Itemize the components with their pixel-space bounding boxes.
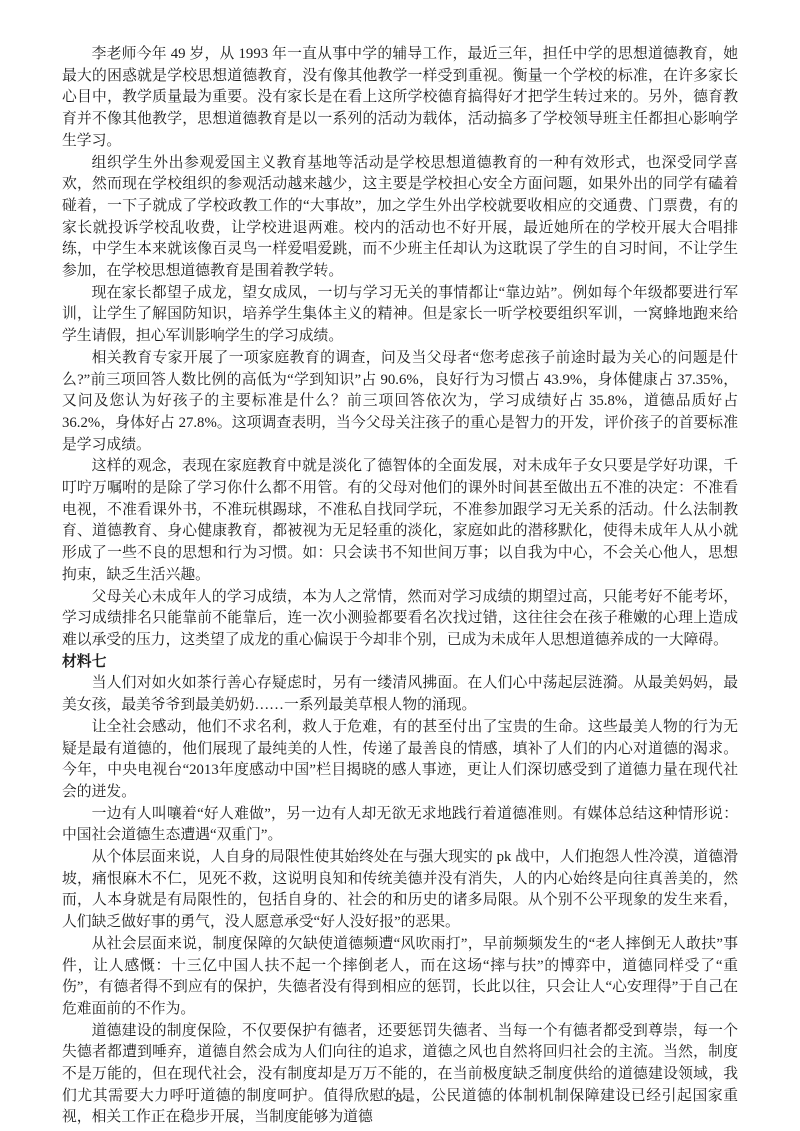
page-number: - 3 - (0, 1090, 800, 1106)
paragraph-10: 从个体层面来说，人自身的局限性使其始终处在与强大现实的 pk 战中，人们抱怨人性… (62, 847, 738, 934)
paragraph-4: 相关教育专家开展了一项家庭教育的调查，问及当父母者“您考虑孩子前途时最为关心的问… (62, 348, 738, 457)
document-page: 李老师今年 49 岁，从 1993 年一直从事中学的辅导工作，最近三年，担任中学… (0, 0, 800, 1131)
paragraph-8: 让全社会感动，他们不求名利，救人于危难，有的甚至付出了宝贵的生命。这些最美人物的… (62, 717, 738, 804)
paragraph-2: 组织学生外出参观爱国主义教育基地等活动是学校思想道德教育的一种有效形式，也深受同… (62, 153, 738, 283)
section-heading-material-7: 材料七 (62, 652, 738, 674)
paragraph-11: 从社会层面来说，制度保障的欠缺使道德频遭“风吹雨打”，早前频频发生的“老人摔倒无… (62, 934, 738, 1021)
paragraph-5: 这样的观念，表现在家庭教育中就是淡化了德智体的全面发展，对未成年子女只要是学好功… (62, 456, 738, 586)
paragraph-12: 道德建设的制度保险，不仅要保护有德者，还要惩罚失德者、当每一个有德者都受到尊崇，… (62, 1021, 738, 1130)
paragraph-9: 一边有人叫嚷着“好人难做”，另一边有人却无欲无求地践行着道德准则。有媒体总结这种… (62, 804, 738, 847)
document-body: 李老师今年 49 岁，从 1993 年一直从事中学的辅导工作，最近三年，担任中学… (62, 44, 738, 1129)
paragraph-3: 现在家长都望子成龙，望女成凤，一切与学习无关的事情都让“靠边站”。例如每个年级都… (62, 283, 738, 348)
paragraph-7: 当人们对如火如茶行善心存疑虑时，另有一缕清风拂面。在人们心中荡起层涟漪。从最美妈… (62, 673, 738, 716)
paragraph-1: 李老师今年 49 岁，从 1993 年一直从事中学的辅导工作，最近三年，担任中学… (62, 44, 738, 153)
paragraph-6: 父母关心未成年人的学习成绩，本为人之常情，然而对学习成绩的期望过高，只能考好不能… (62, 587, 738, 652)
